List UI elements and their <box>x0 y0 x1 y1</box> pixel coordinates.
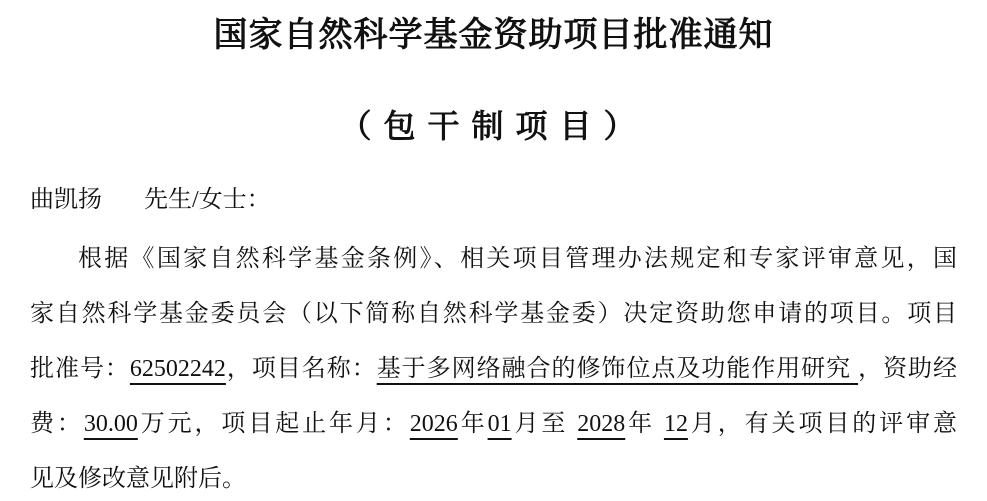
body-text: 批准号： <box>30 356 130 382</box>
grant-approval-notice-document: 国家自然科学基金资助项目批准通知 （包干制项目） 曲凯扬先生/女士： 根据《国家… <box>0 0 987 501</box>
body-line: 见及修改意见附后。 <box>30 452 957 501</box>
salutation-suffix: 先生/女士： <box>144 187 271 213</box>
body-line: 批准号：62502242，项目名称：基于多网络融合的修饰位点及功能作用研究 ，资… <box>30 342 957 397</box>
body-line: 费：30.00万元，项目起止年月：2026年01月至 2028年 12月，有关项… <box>30 397 957 452</box>
body-paragraph: 根据《国家自然科学基金条例》、相关项目管理办法规定和专家评审意见，国家自然科学基… <box>30 232 957 501</box>
underlined-value: 2026 <box>410 411 458 437</box>
body-text: 年 <box>458 411 488 437</box>
body-line: 家自然科学基金委员会（以下简称自然科学基金委）决定资助您申请的项目。项目 <box>30 287 957 342</box>
underlined-value: 12 <box>664 411 688 437</box>
underlined-value: 基于多网络融合的修饰位点及功能作用研究 <box>377 356 858 382</box>
underlined-value: 30.00 <box>84 411 138 437</box>
body-text: 家自然科学基金委员会（以下简称自然科学基金委）决定资助您申请的项目。项目 <box>30 301 957 327</box>
document-title: 国家自然科学基金资助项目批准通知 <box>30 14 957 58</box>
salutation-line: 曲凯扬先生/女士： <box>30 184 957 216</box>
underlined-value: 01 <box>488 411 512 437</box>
body-text: 月至 <box>512 411 578 437</box>
body-text: 月，有关项目的评审意 <box>688 411 957 437</box>
body-text: 年 <box>625 411 664 437</box>
body-text: ，项目名称： <box>226 356 377 382</box>
recipient-name: 曲凯扬 <box>30 187 102 213</box>
document-subtitle: （包干制项目） <box>30 104 957 148</box>
underlined-value: 2028 <box>577 411 625 437</box>
body-text: 根据《国家自然科学基金条例》、相关项目管理办法规定和专家评审意见，国 <box>78 246 957 272</box>
body-text: 见及修改意见附后。 <box>30 466 246 492</box>
body-line: 根据《国家自然科学基金条例》、相关项目管理办法规定和专家评审意见，国 <box>30 232 957 287</box>
underlined-value: 62502242 <box>130 356 226 382</box>
body-text: ，资助经 <box>858 356 957 382</box>
body-text: 万元，项目起止年月： <box>138 411 410 437</box>
body-text: 费： <box>30 411 84 437</box>
